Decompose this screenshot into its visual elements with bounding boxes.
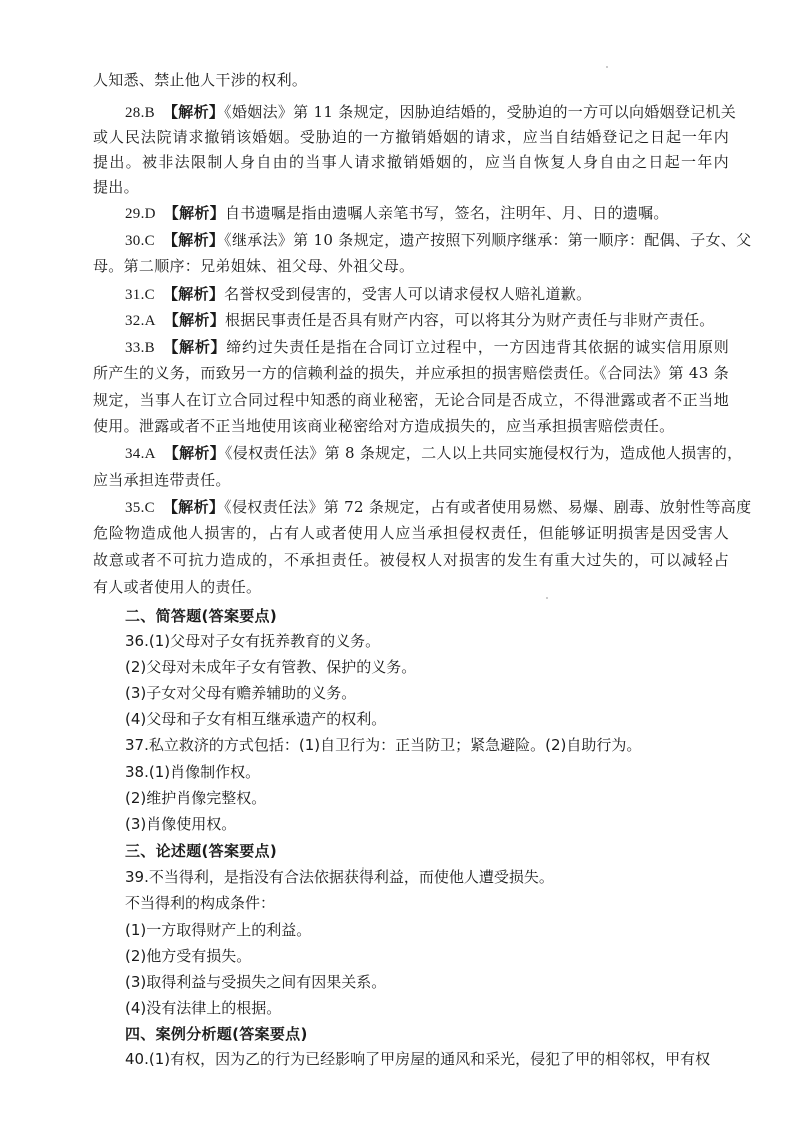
document-page: 人知悉、禁止他人干涉的权利。 28.B【解析】《婚姻法》第 11 条规定，因胁迫…: [0, 0, 800, 1145]
answer-text: 名誉权受到侵害的，受害人可以请求侵权人赔礼道歉。: [224, 285, 591, 303]
analysis-tag: 【解析】: [164, 204, 225, 222]
answer-text: 《继承法》第 10 条规定，遗产按照下列顺序继承：第一顺序：配偶、子女、父: [224, 231, 751, 249]
answer-36-item-2: (2)父母对未成年子女有管教、保护的义务。: [125, 657, 729, 677]
answer-35-line-3: 故意或者不可抗力造成的，不承担责任。被侵权人对损害的发生有重大过失的，可以减轻占: [93, 550, 729, 570]
answer-35-line-4: 有人或者使用人的责任。: [93, 577, 729, 597]
answer-33-line-4: 使用。泄露或者不正当地使用该商业秘密给对方造成损失的，应当承担损害赔偿责任。: [93, 416, 729, 436]
answer-33-line-1: 33.B【解析】缔约过失责任是指在合同订立过程中，一方因违背其依据的诚实信用原则: [125, 337, 729, 357]
analysis-tag: 【解析】: [163, 231, 224, 249]
answer-37: 37.私立救济的方式包括：(1)自卫行为：正当防卫；紧急避险。(2)自助行为。: [125, 735, 729, 755]
analysis-tag: 【解析】: [163, 498, 224, 516]
question-number: 32.A: [125, 313, 156, 329]
scan-speck: [546, 597, 548, 599]
answer-30-line-2: 母。第二顺序：兄弟姐妹、祖父母、外祖父母。: [93, 256, 729, 276]
continued-line: 人知悉、禁止他人干涉的权利。: [93, 70, 729, 90]
answer-text: 《侵权责任法》第 72 条规定，占有或者使用易燃、易爆、剧毒、放射性等高度: [224, 498, 751, 516]
analysis-tag: 【解析】: [163, 285, 224, 303]
question-number: 33.B: [125, 340, 155, 356]
scan-speck: [606, 66, 608, 68]
answer-39-item-2: (2)他方受有损失。: [125, 946, 729, 966]
answer-28-line-4: 提出。: [93, 177, 729, 197]
answer-35-line-1: 35.C【解析】《侵权责任法》第 72 条规定，占有或者使用易燃、易爆、剧毒、放…: [125, 497, 729, 517]
answer-31-line-1: 31.C【解析】名誉权受到侵害的，受害人可以请求侵权人赔礼道歉。: [125, 284, 729, 304]
answer-36-item-3: (3)子女对父母有赡养辅助的义务。: [125, 683, 729, 703]
answer-38-item-2: (2)维护肖像完整权。: [125, 788, 729, 808]
answer-35-line-2: 危险物造成他人损害的，占有人或者使用人应当承担侵权责任，但能够证明损害是因受害人: [93, 523, 729, 543]
question-number: 31.C: [125, 287, 155, 303]
section-heading-short-answer: 二、简答题(答案要点): [125, 606, 729, 626]
answer-36-item-4: (4)父母和子女有相互继承遗产的权利。: [125, 709, 729, 729]
answer-39-item-1: (1)一方取得财产上的利益。: [125, 920, 729, 940]
answer-28-line-1: 28.B【解析】《婚姻法》第 11 条规定，因胁迫结婚的，受胁迫的一方可以向婚姻…: [125, 102, 729, 122]
answer-39-item-4: (4)没有法律上的根据。: [125, 998, 729, 1018]
answer-text: 《婚姻法》第 11 条规定，因胁迫结婚的，受胁迫的一方可以向婚姻登记机关: [224, 103, 736, 121]
question-number: 30.C: [125, 233, 155, 249]
answer-text: 《侵权责任法》第 8 条规定，二人以上共同实施侵权行为，造成他人损害的，: [225, 444, 742, 462]
section-heading-case-analysis: 四、案例分析题(答案要点): [125, 1024, 729, 1044]
answer-38-item-1: 38.(1)肖像制作权。: [125, 762, 729, 782]
answer-39-item-3: (3)取得利益与受损失之间有因果关系。: [125, 972, 729, 992]
answer-32-line-1: 32.A【解析】根据民事责任是否具有财产内容，可以将其分为财产责任与非财产责任。: [125, 310, 729, 330]
answer-29-line-1: 29.D【解析】自书遗嘱是指由遗嘱人亲笔书写，签名，注明年、月、日的遗嘱。: [125, 203, 729, 223]
answer-38-item-3: (3)肖像使用权。: [125, 814, 729, 834]
answer-34-line-2: 应当承担连带责任。: [93, 470, 729, 490]
answer-33-line-3: 规定，当事人在订立合同过程中知悉的商业秘密，无论合同是否成立，不得泄露或者不正当…: [93, 390, 729, 410]
question-number: 29.D: [125, 206, 156, 222]
answer-33-line-2: 所产生的义务，而致另一方的信赖利益的损失，并应承担的损害赔偿责任。《合同法》第 …: [93, 363, 729, 383]
answer-39-definition: 39.不当得利，是指没有合法依据获得利益，而使他人遭受损失。: [125, 867, 729, 887]
analysis-tag: 【解析】: [163, 338, 226, 356]
answer-34-line-1: 34.A【解析】《侵权责任法》第 8 条规定，二人以上共同实施侵权行为，造成他人…: [125, 443, 729, 463]
answer-28-line-3: 提出。被非法限制人身自由的当事人请求撤销婚姻的，应当自恢复人身自由之日起一年内: [93, 152, 729, 172]
scan-speck: [362, 867, 364, 869]
answer-28-line-2: 或人民法院请求撤销该婚姻。受胁迫的一方撤销婚姻的请求，应当自结婚登记之日起一年内: [93, 127, 729, 147]
answer-39-conditions-label: 不当得利的构成条件：: [125, 893, 729, 913]
answer-text: 自书遗嘱是指由遗嘱人亲笔书写，签名，注明年、月、日的遗嘱。: [225, 204, 669, 222]
answer-30-line-1: 30.C【解析】《继承法》第 10 条规定，遗产按照下列顺序继承：第一顺序：配偶…: [125, 230, 729, 250]
analysis-tag: 【解析】: [163, 103, 224, 121]
analysis-tag: 【解析】: [164, 311, 225, 329]
question-number: 34.A: [125, 446, 156, 462]
answer-40-item-1: 40.(1)有权，因为乙的行为已经影响了甲房屋的通风和采光，侵犯了甲的相邻权，甲…: [125, 1049, 765, 1069]
answer-text: 根据民事责任是否具有财产内容，可以将其分为财产责任与非财产责任。: [225, 311, 715, 329]
section-heading-essay: 三、论述题(答案要点): [125, 841, 729, 861]
question-number: 35.C: [125, 500, 155, 516]
question-number: 28.B: [125, 105, 155, 121]
answer-36-item-1: 36.(1)父母对子女有抚养教育的义务。: [125, 631, 729, 651]
answer-text: 缔约过失责任是指在合同订立过程中，一方因违背其依据的诚实信用原则: [226, 338, 729, 356]
analysis-tag: 【解析】: [164, 444, 225, 462]
